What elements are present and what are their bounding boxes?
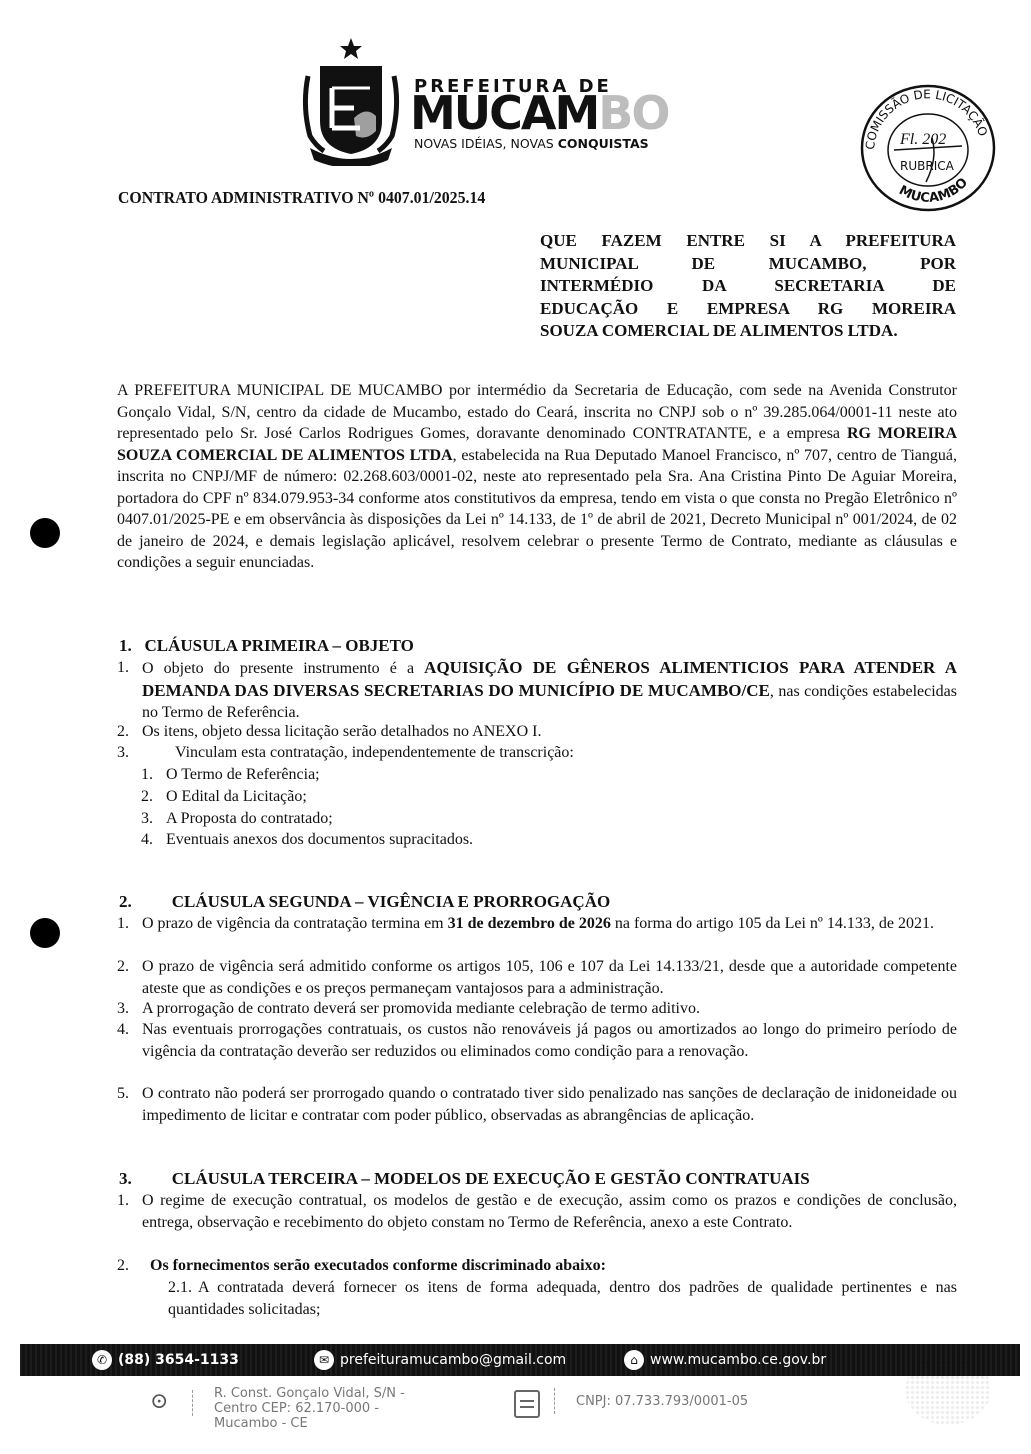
footer-contact-bar: ✆ (88) 3654-1133 ✉ prefeituramucambo@gma… <box>20 1344 1020 1376</box>
clause-3-subitem-2-1: 2.1. A contratada deverá fornecer os ite… <box>168 1277 957 1321</box>
footer-cnpj: CNPJ: 07.733.793/0001-05 <box>576 1394 748 1409</box>
clause-3-heading: 3.CLÁUSULA TERCEIRA – MODELOS DE EXECUÇÃ… <box>119 1169 810 1189</box>
hole-punch-mark <box>30 918 60 948</box>
phone-icon: ✆ <box>92 1350 112 1370</box>
clause-2-heading: 2.CLÁUSULA SEGUNDA – VIGÊNCIA E PRORROGA… <box>119 892 610 912</box>
svg-text:RUBRICA: RUBRICA <box>900 159 955 173</box>
licitacao-rubrica-stamp: COMISSÃO DE LICITAÇÃO MUCAMBO Fl. 202 RU… <box>852 78 1002 214</box>
footer-divider <box>554 1388 555 1414</box>
logo-tagline: NOVAS IDÉIAS, NOVAS CONQUISTAS <box>414 136 649 151</box>
footer-address: R. Const. Gonçalo Vidal, S/N - Centro CE… <box>214 1386 405 1431</box>
clause-2-item-4: 4. Nas eventuais prorrogações contratuai… <box>117 1019 957 1085</box>
clause-2-item-2: 2. O prazo de vigência será admitido con… <box>117 956 957 1000</box>
footer-divider <box>192 1390 193 1416</box>
footer-email[interactable]: ✉ prefeituramucambo@gmail.com <box>314 1350 566 1370</box>
footer-website[interactable]: ⌂ www.mucambo.ce.gov.br <box>624 1350 826 1370</box>
logo-wordmark: MUCAMBO <box>410 90 668 136</box>
clause-2-item-1: 1. O prazo de vigência da contratação te… <box>117 913 957 957</box>
intro-paragraph: A PREFEITURA MUNICIPAL DE MUCAMBO por in… <box>117 380 957 574</box>
map-pin-icon: ⊙ <box>150 1388 176 1418</box>
mail-icon: ✉ <box>314 1350 334 1370</box>
prefeitura-logo: PREFEITURA DE MUCAMBO NOVAS IDÉIAS, NOVA… <box>296 36 696 166</box>
clause-3-item-1: 1. O regime de execução contratual, os m… <box>117 1190 957 1256</box>
document-icon <box>514 1390 540 1418</box>
hole-punch-mark <box>30 518 60 548</box>
clause-1-heading: 1. CLÁUSULA PRIMEIRA – OBJETO <box>119 636 414 656</box>
clause-2-item-5: 5. O contrato não poderá ser prorrogado … <box>117 1083 957 1149</box>
svg-text:Fl. 202: Fl. 202 <box>899 131 946 148</box>
footer-phone: ✆ (88) 3654-1133 <box>92 1350 239 1370</box>
clause-1-item-1: 1. O objeto do presente instrumento é a … <box>117 657 957 723</box>
municipal-crest-icon <box>296 36 406 166</box>
home-icon: ⌂ <box>624 1350 644 1370</box>
contract-title: CONTRATO ADMINISTRATIVO Nº 0407.01/2025.… <box>118 188 485 208</box>
faded-seal-watermark <box>905 1355 991 1425</box>
contract-preamble: QUE FAZEM ENTRE SI A PREFEITURA MUNICIPA… <box>540 230 956 343</box>
